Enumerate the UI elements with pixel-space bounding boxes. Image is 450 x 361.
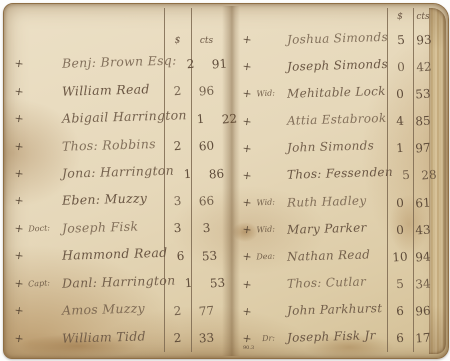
entry-dollars: 5 xyxy=(387,276,414,292)
entry-cents: 3 xyxy=(191,220,223,236)
cross-mark: + xyxy=(11,276,27,291)
column-header-row: $ cts xyxy=(241,8,433,26)
ledger-row: + Thos: Cutlar 5 34 xyxy=(241,271,433,298)
entry-name: Amos Muzzy xyxy=(52,300,164,318)
entry-cents: 93 xyxy=(414,32,435,47)
entry-title-prefix: Dea: xyxy=(253,252,277,262)
ledger-row: + Wid: Mehitable Lock 0 53 xyxy=(241,80,433,107)
entry-title-prefix xyxy=(26,173,52,174)
entry-name: Ruth Hadley xyxy=(277,193,387,210)
entry-title-prefix: Dr: xyxy=(253,333,277,343)
entry-title-prefix xyxy=(253,66,277,67)
entry-dollars: 6 xyxy=(387,331,414,347)
cross-mark: + xyxy=(240,195,254,210)
entry-title-prefix: Wid: xyxy=(253,197,277,207)
cross-mark: + xyxy=(11,139,27,154)
entry-name: Joseph Simonds xyxy=(277,57,388,74)
entry-dollars: 3 xyxy=(164,193,192,209)
entry-cents: 66 xyxy=(191,193,223,209)
entry-dollars: 5 xyxy=(392,168,419,184)
entry-name: Danl: Harrington xyxy=(52,272,176,290)
ledger-row: + William Tidd 2 33 xyxy=(12,325,222,352)
cents-header: cts xyxy=(191,36,222,46)
entry-name: Attia Estabrook xyxy=(277,111,387,128)
ledger-row: + Dr: Joseph Fisk Jr 6 17 xyxy=(241,325,433,352)
ledger-row: + William Read 2 96 xyxy=(12,77,222,104)
entry-name: Thos: Robbins xyxy=(52,135,164,153)
left-page-rows: $ cts + Benj: Brown Esq: 2 91 + William … xyxy=(12,8,222,352)
entry-name: Eben: Muzzy xyxy=(52,190,164,208)
entry-name: William Tidd xyxy=(52,328,164,346)
entry-dollars: 1 xyxy=(174,166,202,182)
ledger-row: + Amos Muzzy 2 77 xyxy=(12,297,222,324)
entry-title-prefix: Doct: xyxy=(26,223,52,233)
entry-title-prefix xyxy=(253,148,277,149)
entry-title-prefix: Wid: xyxy=(253,225,277,235)
book-gutter xyxy=(222,6,240,356)
ledger-row: + Jona: Harrington 1 86 xyxy=(12,160,222,187)
entry-cents: 33 xyxy=(191,330,223,346)
cross-mark: + xyxy=(11,194,27,209)
column-header-row: $ cts xyxy=(12,32,222,50)
entry-dollars: 2 xyxy=(164,83,192,99)
entry-title-prefix xyxy=(26,90,52,91)
entry-name: Thos: Fessenden xyxy=(277,165,393,182)
pencil-page-mark: 90.3 xyxy=(243,345,254,351)
entry-title-prefix xyxy=(26,145,52,146)
entry-title-prefix: Capt: xyxy=(26,278,52,288)
ledger-row: + Attia Estabrook 4 85 xyxy=(241,108,433,135)
entry-name: Jona: Harrington xyxy=(52,163,174,181)
entry-dollars: 2 xyxy=(164,138,192,154)
cross-mark: + xyxy=(240,168,254,183)
entry-title-prefix xyxy=(253,120,277,121)
dollars-header: $ xyxy=(387,12,413,22)
entry-dollars: 0 xyxy=(387,86,414,102)
entry-cents: 94 xyxy=(413,249,434,264)
entry-name: Hammond Read xyxy=(52,245,168,263)
cross-mark: + xyxy=(240,331,254,346)
entry-title-prefix xyxy=(26,118,52,119)
entry-title-prefix xyxy=(26,63,52,64)
entry-dollars: 2 xyxy=(164,330,192,346)
ledger-row: + John Parkhurst 6 96 xyxy=(241,298,433,325)
entry-dollars: 0 xyxy=(387,195,414,211)
cross-mark: + xyxy=(11,111,27,126)
entry-title-prefix: Wid: xyxy=(253,89,277,99)
cross-mark: + xyxy=(11,248,27,263)
entry-cents: 61 xyxy=(413,195,434,210)
entry-dollars: 2 xyxy=(176,56,204,72)
entry-title-prefix xyxy=(253,175,277,176)
entry-title-prefix xyxy=(26,255,52,256)
cross-mark: + xyxy=(240,141,254,156)
entry-name: Nathan Read xyxy=(277,247,387,264)
entry-name: Abigail Harrington xyxy=(52,107,187,126)
entry-dollars: 1 xyxy=(186,111,214,127)
cross-mark: + xyxy=(11,166,27,181)
ledger-row: + Benj: Brown Esq: 2 91 xyxy=(12,50,222,77)
entry-name: Joseph Fisk xyxy=(52,218,164,236)
entry-cents: 17 xyxy=(413,331,434,346)
entry-name: Joseph Fisk Jr xyxy=(277,328,387,345)
entry-dollars: 6 xyxy=(387,303,414,319)
cross-mark: + xyxy=(11,84,27,99)
entry-cents: 96 xyxy=(191,83,223,99)
entry-name: John Simonds xyxy=(277,138,387,155)
entry-title-prefix xyxy=(26,200,52,201)
entry-title-prefix xyxy=(253,39,277,40)
cross-mark: + xyxy=(240,59,254,74)
entry-dollars: 3 xyxy=(164,221,192,237)
entry-cents: 43 xyxy=(413,222,434,237)
entry-dollars: 0 xyxy=(387,222,414,238)
cents-header: cts xyxy=(413,12,433,22)
ledger-row: + Dea: Nathan Read 10 94 xyxy=(241,243,433,270)
entry-title-prefix xyxy=(253,311,277,312)
entry-dollars: 6 xyxy=(167,248,195,264)
entry-name: Mary Parker xyxy=(277,220,387,237)
entry-cents: 28 xyxy=(418,168,439,183)
entry-dollars: 0 xyxy=(387,59,414,75)
entry-name: Joshua Simonds xyxy=(277,29,388,46)
entry-cents: 53 xyxy=(413,86,434,101)
cross-mark: + xyxy=(11,221,27,236)
ledger-row: + Wid: Ruth Hadley 0 61 xyxy=(241,189,433,216)
entry-name: Thos: Cutlar xyxy=(277,274,387,291)
ledger-row: + John Simonds 1 97 xyxy=(241,135,433,162)
ledger-row: + Wid: Mary Parker 0 43 xyxy=(241,216,433,243)
ledger-book: $ cts + Benj: Brown Esq: 2 91 + William … xyxy=(3,3,449,359)
entry-name: Mehitable Lock xyxy=(277,84,387,101)
dollars-header: $ xyxy=(164,36,191,46)
ledger-row: + Capt: Danl: Harrington 1 53 xyxy=(12,270,222,297)
ledger-row: + Eben: Muzzy 3 66 xyxy=(12,187,222,214)
ledger-row: + Joshua Simonds 5 93 xyxy=(241,26,433,53)
entry-cents: 97 xyxy=(413,141,434,156)
cross-mark: + xyxy=(11,331,27,346)
entry-cents: 42 xyxy=(413,59,434,74)
entry-cents: 85 xyxy=(413,113,434,128)
entry-cents: 60 xyxy=(191,138,223,154)
entry-dollars: 4 xyxy=(387,113,414,129)
entry-dollars: 10 xyxy=(387,249,414,265)
cross-mark: + xyxy=(11,56,27,71)
entry-dollars: 1 xyxy=(387,140,414,156)
entry-cents: 34 xyxy=(413,276,434,291)
ledger-row: + Abigail Harrington 1 22 xyxy=(12,105,222,132)
ledger-row: + Thos: Fessenden 5 28 xyxy=(241,162,433,189)
cross-mark: + xyxy=(240,304,254,319)
ledger-row: + Hammond Read 6 53 xyxy=(12,242,222,269)
cross-mark: + xyxy=(240,32,254,47)
entry-dollars: 2 xyxy=(164,303,192,319)
entry-dollars: 1 xyxy=(175,275,203,291)
entry-title-prefix xyxy=(26,338,52,339)
entry-title-prefix xyxy=(253,283,277,284)
left-page: $ cts + Benj: Brown Esq: 2 91 + William … xyxy=(12,8,222,352)
right-page: $ cts + Joshua Simonds 5 93 + Joseph Sim… xyxy=(241,8,433,352)
entry-name: William Read xyxy=(52,81,164,99)
entry-title-prefix xyxy=(26,310,52,311)
cross-mark: + xyxy=(240,277,254,292)
entry-dollars: 5 xyxy=(388,32,415,48)
entry-name: John Parkhurst xyxy=(277,301,387,318)
ledger-row: + Joseph Simonds 0 42 xyxy=(241,53,433,80)
cross-mark: + xyxy=(240,114,254,129)
right-page-rows: $ cts + Joshua Simonds 5 93 + Joseph Sim… xyxy=(241,8,433,352)
ledger-row: + Doct: Joseph Fisk 3 3 xyxy=(12,215,222,242)
entry-cents: 77 xyxy=(191,303,223,319)
entry-cents: 96 xyxy=(413,304,434,319)
ledger-row: + Thos: Robbins 2 60 xyxy=(12,132,222,159)
cross-mark: + xyxy=(11,303,27,318)
entry-name: Benj: Brown Esq: xyxy=(52,53,177,71)
